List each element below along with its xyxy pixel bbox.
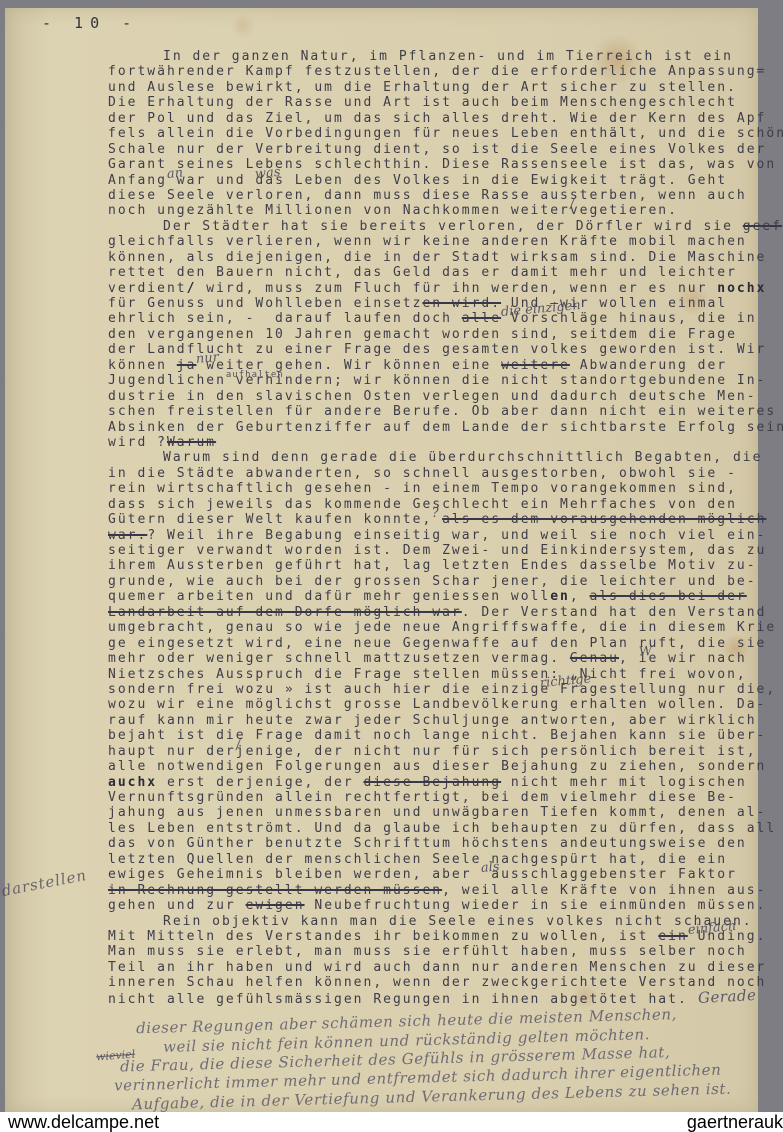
typed-line: diese Seele verloren, dann muss diese Ra… bbox=[108, 188, 768, 203]
typed-line: les Leben entströmt. Und da glaube ich b… bbox=[108, 821, 768, 836]
typed-text: ? Weil ihre Begabung einseitig war, und … bbox=[147, 528, 766, 543]
typed-line: Gütern dieser Welt kaufen konnte,? als e… bbox=[108, 512, 768, 527]
typed-text: und Auslese bewirkt, um die Erhaltung de… bbox=[108, 80, 737, 95]
typed-text: können, als diejenigen, die in der Stadt… bbox=[108, 250, 766, 265]
typed-line: und Auslese bewirkt, um die Erhaltung de… bbox=[108, 80, 768, 95]
struck-text: alle bbox=[462, 311, 501, 326]
typed-text: fortwährender Kampf festzustellen, der d… bbox=[108, 64, 766, 79]
watermark-left: www.delcampe.net bbox=[8, 1112, 159, 1132]
typed-text: ewiges Geheimnis bleiben werden, aber bbox=[108, 867, 481, 882]
typed-line: schen freistellen für andere Berufe. Ob … bbox=[108, 404, 768, 419]
struck-text: weitere bbox=[501, 358, 570, 373]
typed-text: rauf kann mir heute zwar jeder Schuljung… bbox=[108, 713, 757, 728]
typed-line: Landarbeit auf dem Dorfe möglich war. De… bbox=[108, 605, 768, 620]
handwritten-correction: die einzigen bbox=[500, 305, 501, 320]
typed-text: nochx bbox=[717, 281, 766, 296]
typed-text: Man muss sie erlebt, man muss sie erfühl… bbox=[108, 944, 747, 959]
typed-line: ewiges Geheimnis bleiben werden, aber al… bbox=[108, 867, 768, 882]
typed-text: rettet den Bauern nicht, das Geld das er… bbox=[108, 265, 737, 280]
typed-line: Vernunftsgründen allein rechtfertigt, be… bbox=[108, 790, 768, 805]
typed-text: inneren Schau helfen können, wenn der zw… bbox=[108, 975, 766, 990]
typed-text: Jugendlichen bbox=[108, 373, 226, 388]
typed-text: Nietzsches Ausspruch die Frage stellen m… bbox=[108, 667, 747, 682]
typed-text: können bbox=[108, 358, 177, 373]
typed-line: rauf kann mir heute zwar jeder Schuljung… bbox=[108, 713, 768, 728]
typed-text: Schale nur der Verbreitung dient, so ist… bbox=[108, 142, 766, 157]
typed-line: ihrem Aussterben geführt hat, lag letzte… bbox=[108, 558, 768, 573]
typed-line: wozu wir eine möglichst grosse Landbevöl… bbox=[108, 697, 768, 712]
typed-line: rettet den Bauern nicht, das Geld das er… bbox=[108, 265, 768, 280]
struck-text: Landarbeit auf dem Dorfe möglich war bbox=[108, 605, 462, 620]
struck-text: en wird. bbox=[422, 296, 501, 311]
watermark-right: gaertnerauk bbox=[687, 1112, 783, 1132]
typed-line: das von Günther benutzte Schrifttum höch… bbox=[108, 836, 768, 851]
typed-text: ehrlich sein, - darauf laufen doch bbox=[108, 311, 462, 326]
typed-text: wird ? bbox=[108, 435, 167, 450]
typed-text: quemer arbeiten und dafür mehr geniessen… bbox=[108, 589, 550, 604]
typed-text: jenige, der nicht nur für sich persönlic… bbox=[236, 744, 757, 759]
typed-line: Absinken der Geburtenziffer auf dem Land… bbox=[108, 420, 768, 435]
typed-text: auchx bbox=[108, 775, 157, 790]
typed-text: Der Städter hat sie bereits verloren, de… bbox=[163, 219, 743, 234]
typed-text: seitiger verwandt worden ist. Dem Zwei- … bbox=[108, 543, 766, 558]
typed-text: wozu wir eine möglichst grosse Landbevöl… bbox=[108, 697, 766, 712]
typed-text: In der ganzen Natur, im Pflanzen- und im… bbox=[163, 49, 733, 64]
typed-line: inneren Schau helfen können, wenn der zw… bbox=[108, 975, 768, 990]
typed-line: haupt nur der/jenige, der nicht nur für … bbox=[108, 744, 768, 759]
typed-line: noch ungezählte Millionen von Nachkommen… bbox=[108, 203, 768, 218]
typed-line: für Genuss und Wohlleben einsetzen wird.… bbox=[108, 296, 768, 311]
typed-line: gehen und zur ewigen Neubefruchtung wied… bbox=[108, 898, 768, 913]
typed-line: Man muss sie erlebt, man muss sie erfühl… bbox=[108, 944, 768, 959]
typed-text: Anfang bbox=[108, 173, 167, 188]
typed-line: seitiger verwandt worden ist. Dem Zwei- … bbox=[108, 543, 768, 558]
typed-line: Rein objektiv kann man die Seele eines v… bbox=[108, 914, 768, 929]
typed-text: nicht alle gefühlsmässigen Regungen in i… bbox=[108, 992, 698, 1007]
typed-text: Vernunftsgründen allein rechtfertigt, be… bbox=[108, 790, 737, 805]
typed-text: Teil an ihr haben und wird auch dann nur… bbox=[108, 960, 766, 975]
typed-text: , bbox=[619, 651, 639, 666]
typed-line: Anfangan war und wasdas Leben des Volkes… bbox=[108, 173, 768, 188]
struck-text: ja bbox=[177, 358, 197, 373]
typed-text: letzten Quellen der menschlichen Seele n… bbox=[108, 852, 727, 867]
typed-text: wird, muss zum Fluch für ihn werden, wen… bbox=[196, 281, 717, 296]
struck-text: geef bbox=[743, 219, 782, 234]
typed-text: fels allein die Vorbedingungen für neues… bbox=[108, 126, 783, 141]
struck-text: Warum bbox=[167, 435, 216, 450]
struck-text: war. bbox=[108, 528, 147, 543]
typed-line: alle notwendigen Folgerungen aus dieser … bbox=[108, 759, 768, 774]
struck-text: Genau bbox=[570, 651, 619, 666]
typed-text: . Der Verstand hat den Verstand bbox=[462, 605, 767, 620]
typed-text: ausschlaggebenster Faktor bbox=[481, 867, 737, 882]
typed-text: Gütern dieser Welt kaufen konnte, bbox=[108, 512, 432, 527]
typed-line: grunde, wie auch bei der grossen Schar j… bbox=[108, 574, 768, 589]
typed-text: verdient bbox=[108, 281, 187, 296]
typed-text: Absinken der Geburtenziffer auf dem Land… bbox=[108, 420, 783, 435]
typed-line: Garant seines Lebens schlechthin. Diese … bbox=[108, 157, 768, 172]
typed-line: jahung aus jenen unmessbaren und unwägba… bbox=[108, 805, 768, 820]
typed-line: Jugendlichenaufhalten verhindern; wir kö… bbox=[108, 373, 768, 388]
typed-line: umgebracht, genau so wie jede neue Angri… bbox=[108, 620, 768, 635]
typed-text: alle notwendigen Folgerungen aus dieser … bbox=[108, 759, 766, 774]
typed-line: quemer arbeiten und dafür mehr geniessen… bbox=[108, 589, 768, 604]
typed-text: nicht mehr mit logischen bbox=[501, 775, 747, 790]
typed-line: In der ganzen Natur, im Pflanzen- und im… bbox=[108, 49, 768, 64]
typed-line: Der Städter hat sie bereits verloren, de… bbox=[108, 219, 768, 234]
typed-line: Mit Mitteln des Verstandes ihr beikommen… bbox=[108, 929, 768, 944]
typed-text: grunde, wie auch bei der grossen Schar j… bbox=[108, 574, 757, 589]
typed-line: wird ?Warum bbox=[108, 435, 768, 450]
typed-line: fortwährender Kampf festzustellen, der d… bbox=[108, 64, 768, 79]
typed-line: sondern frei wozu » ist auch hier die ei… bbox=[108, 682, 768, 697]
typed-text: das von Günther benutzte Schrifttum höch… bbox=[108, 836, 747, 851]
typed-line: können, als diejenigen, die in der Stadt… bbox=[108, 250, 768, 265]
scanned-page: - 10 - In der ganzen Natur, im Pflanzen-… bbox=[5, 8, 758, 1113]
typed-text: Die Erhaltung der Rasse und Art ist auch… bbox=[108, 95, 737, 110]
handwritten-correction: nur bbox=[196, 352, 197, 367]
typed-line: in Rechnung gestellt werden müssen, weil… bbox=[108, 883, 768, 898]
typed-text: haupt nur der bbox=[108, 744, 236, 759]
typed-text: für Genuss und Wohlleben einsetz bbox=[108, 296, 422, 311]
typed-line: verdient/ wird, muss zum Fluch für ihn w… bbox=[108, 281, 768, 296]
typed-text-block: In der ganzen Natur, im Pflanzen- und im… bbox=[108, 49, 768, 1106]
typed-text: , bbox=[570, 589, 590, 604]
typed-line: mehr oder weniger schnell mattzusetzen v… bbox=[108, 651, 768, 666]
typed-text: Abwanderung der bbox=[570, 358, 727, 373]
struck-text: ewigen bbox=[246, 898, 305, 913]
typed-line: bejaht ist die Frage damit noch lange ni… bbox=[108, 728, 768, 743]
typed-line: Warum sind denn gerade die überdurchschn… bbox=[108, 450, 768, 465]
typed-line: rein wirtschaftlich gesehen - in einem T… bbox=[108, 481, 768, 496]
typed-line: letzten Quellen der menschlichen Seele n… bbox=[108, 852, 768, 867]
typed-text: mehr oder weniger schnell mattzusetzen v… bbox=[108, 651, 570, 666]
typed-line: dustrie in den slavischen Osten verlegen… bbox=[108, 389, 768, 404]
struck-text: diese Bejahung bbox=[364, 775, 502, 790]
typed-line: Schale nur der Verbreitung dient, so ist… bbox=[108, 142, 768, 157]
typed-text: bejaht ist die Frage damit noch lange ni… bbox=[108, 728, 766, 743]
typed-text: der Pol und das Ziel, um das sich alles … bbox=[108, 111, 766, 126]
typed-lines: In der ganzen Natur, im Pflanzen- und im… bbox=[108, 49, 768, 1006]
typed-line: ehrlich sein, - darauf laufen doch alled… bbox=[108, 311, 768, 326]
typed-text: diese Seele verloren, dann muss diese Ra… bbox=[108, 188, 747, 203]
typed-text: umgebracht, genau so wie jede neue Angri… bbox=[108, 620, 776, 635]
page-number: - 10 - bbox=[42, 14, 138, 32]
typed-text: ihrem Aussterben geführt hat, lag letzte… bbox=[108, 558, 757, 573]
typed-text: Warum sind denn gerade die überdurchschn… bbox=[163, 450, 762, 465]
handwritten-correction: was bbox=[255, 167, 256, 182]
typed-text: en bbox=[550, 589, 570, 604]
typed-text: Mit Mitteln des Verstandes ihr beikommen… bbox=[108, 929, 658, 944]
typed-line: gleichfalls verlieren, wenn wir keine an… bbox=[108, 234, 768, 249]
typed-line: ge eingesetzt wird, eine neue Gegenwaffe… bbox=[108, 636, 768, 651]
typed-line: den vergangenen 10 Jahren gemacht worden… bbox=[108, 327, 768, 342]
typed-line: können janur weiter gehen. Wir können ei… bbox=[108, 358, 768, 373]
typed-line: Nietzsches Ausspruch die Frage stellen m… bbox=[108, 667, 768, 682]
typed-line: der Pol und das Ziel, um das sich alles … bbox=[108, 111, 768, 126]
typed-line: nicht alle gefühlsmässigen Regungen in i… bbox=[108, 991, 768, 1006]
struck-text: in Rechnung gestellt werden müssen bbox=[108, 883, 442, 898]
typed-text: verhindern; wir können die nicht standor… bbox=[226, 373, 766, 388]
handwritten-correction: ? bbox=[432, 506, 433, 521]
typed-text: Rein objektiv kann man die Seele eines v… bbox=[163, 914, 753, 929]
typed-text: erst derjenige, der bbox=[157, 775, 363, 790]
typed-text: gleichfalls verlieren, wenn wir keine an… bbox=[108, 234, 747, 249]
typed-text: dustrie in den slavischen Osten verlegen… bbox=[108, 389, 757, 404]
handwritten-insert-word: wieviel bbox=[96, 1048, 136, 1064]
handwritten-paragraph: dieser Regungen aber schämen sich heute … bbox=[108, 1011, 768, 1106]
typed-line: Die Erhaltung der Rasse und Art ist auch… bbox=[108, 95, 768, 110]
typed-line: fels allein die Vorbedingungen für neues… bbox=[108, 126, 768, 141]
handwritten-correction: als bbox=[481, 861, 482, 876]
typed-text: , weil alle Kräfte von ihnen aus- bbox=[442, 883, 766, 898]
typed-text: Garant seines Lebens schlechthin. Diese … bbox=[108, 157, 776, 172]
struck-text: als dies bei der bbox=[590, 589, 747, 604]
typed-line: auchx erst derjenige, der diese Bejahung… bbox=[108, 775, 768, 790]
typed-line: war.? Weil ihre Begabung einseitig war, … bbox=[108, 528, 768, 543]
typed-text: in die Städte abwanderten, so schnell au… bbox=[108, 466, 737, 481]
typed-line: in die Städte abwanderten, so schnell au… bbox=[108, 466, 768, 481]
struck-text: ein bbox=[658, 929, 687, 944]
handwritten-correction: richtige bbox=[540, 676, 541, 691]
typed-text: das Leben des Volkes in die Ewigkeit trä… bbox=[255, 173, 727, 188]
typed-text: gehen und zur bbox=[108, 898, 246, 913]
typed-text: noch ungezählte Millionen von Nachkommen… bbox=[108, 203, 570, 218]
typed-text: den vergangenen 10 Jahren gemacht worden… bbox=[108, 327, 737, 342]
typed-text: / bbox=[187, 281, 197, 296]
typed-text: ge eingesetzt wird, eine neue Gegenwaffe… bbox=[108, 636, 766, 651]
struck-text: als es dem vorausgehenden möglich bbox=[442, 512, 766, 527]
watermark-bar: www.delcampe.net gaertnerauk bbox=[0, 1112, 783, 1132]
typed-text: Neubefruchtung wieder in sie einmünden m… bbox=[305, 898, 767, 913]
typed-text: rein wirtschaftlich gesehen - in einem T… bbox=[108, 481, 737, 496]
typed-line: Teil an ihr haben und wird auch dann nur… bbox=[108, 960, 768, 975]
typed-text: ie wir nach bbox=[639, 651, 747, 666]
typed-text: les Leben entströmt. Und da glaube ich b… bbox=[108, 821, 776, 836]
typed-text: schen freistellen für andere Berufe. Ob … bbox=[108, 404, 776, 419]
typed-text: jahung aus jenen unmessbaren und unwägba… bbox=[108, 805, 766, 820]
typed-text: vegetieren. bbox=[570, 203, 678, 218]
typed-text: sondern frei wozu » ist auch hier die ei… bbox=[108, 682, 540, 697]
typed-text: dass sich jeweils das kommende Geschlech… bbox=[108, 497, 737, 512]
handwritten-correction: an bbox=[166, 167, 167, 182]
